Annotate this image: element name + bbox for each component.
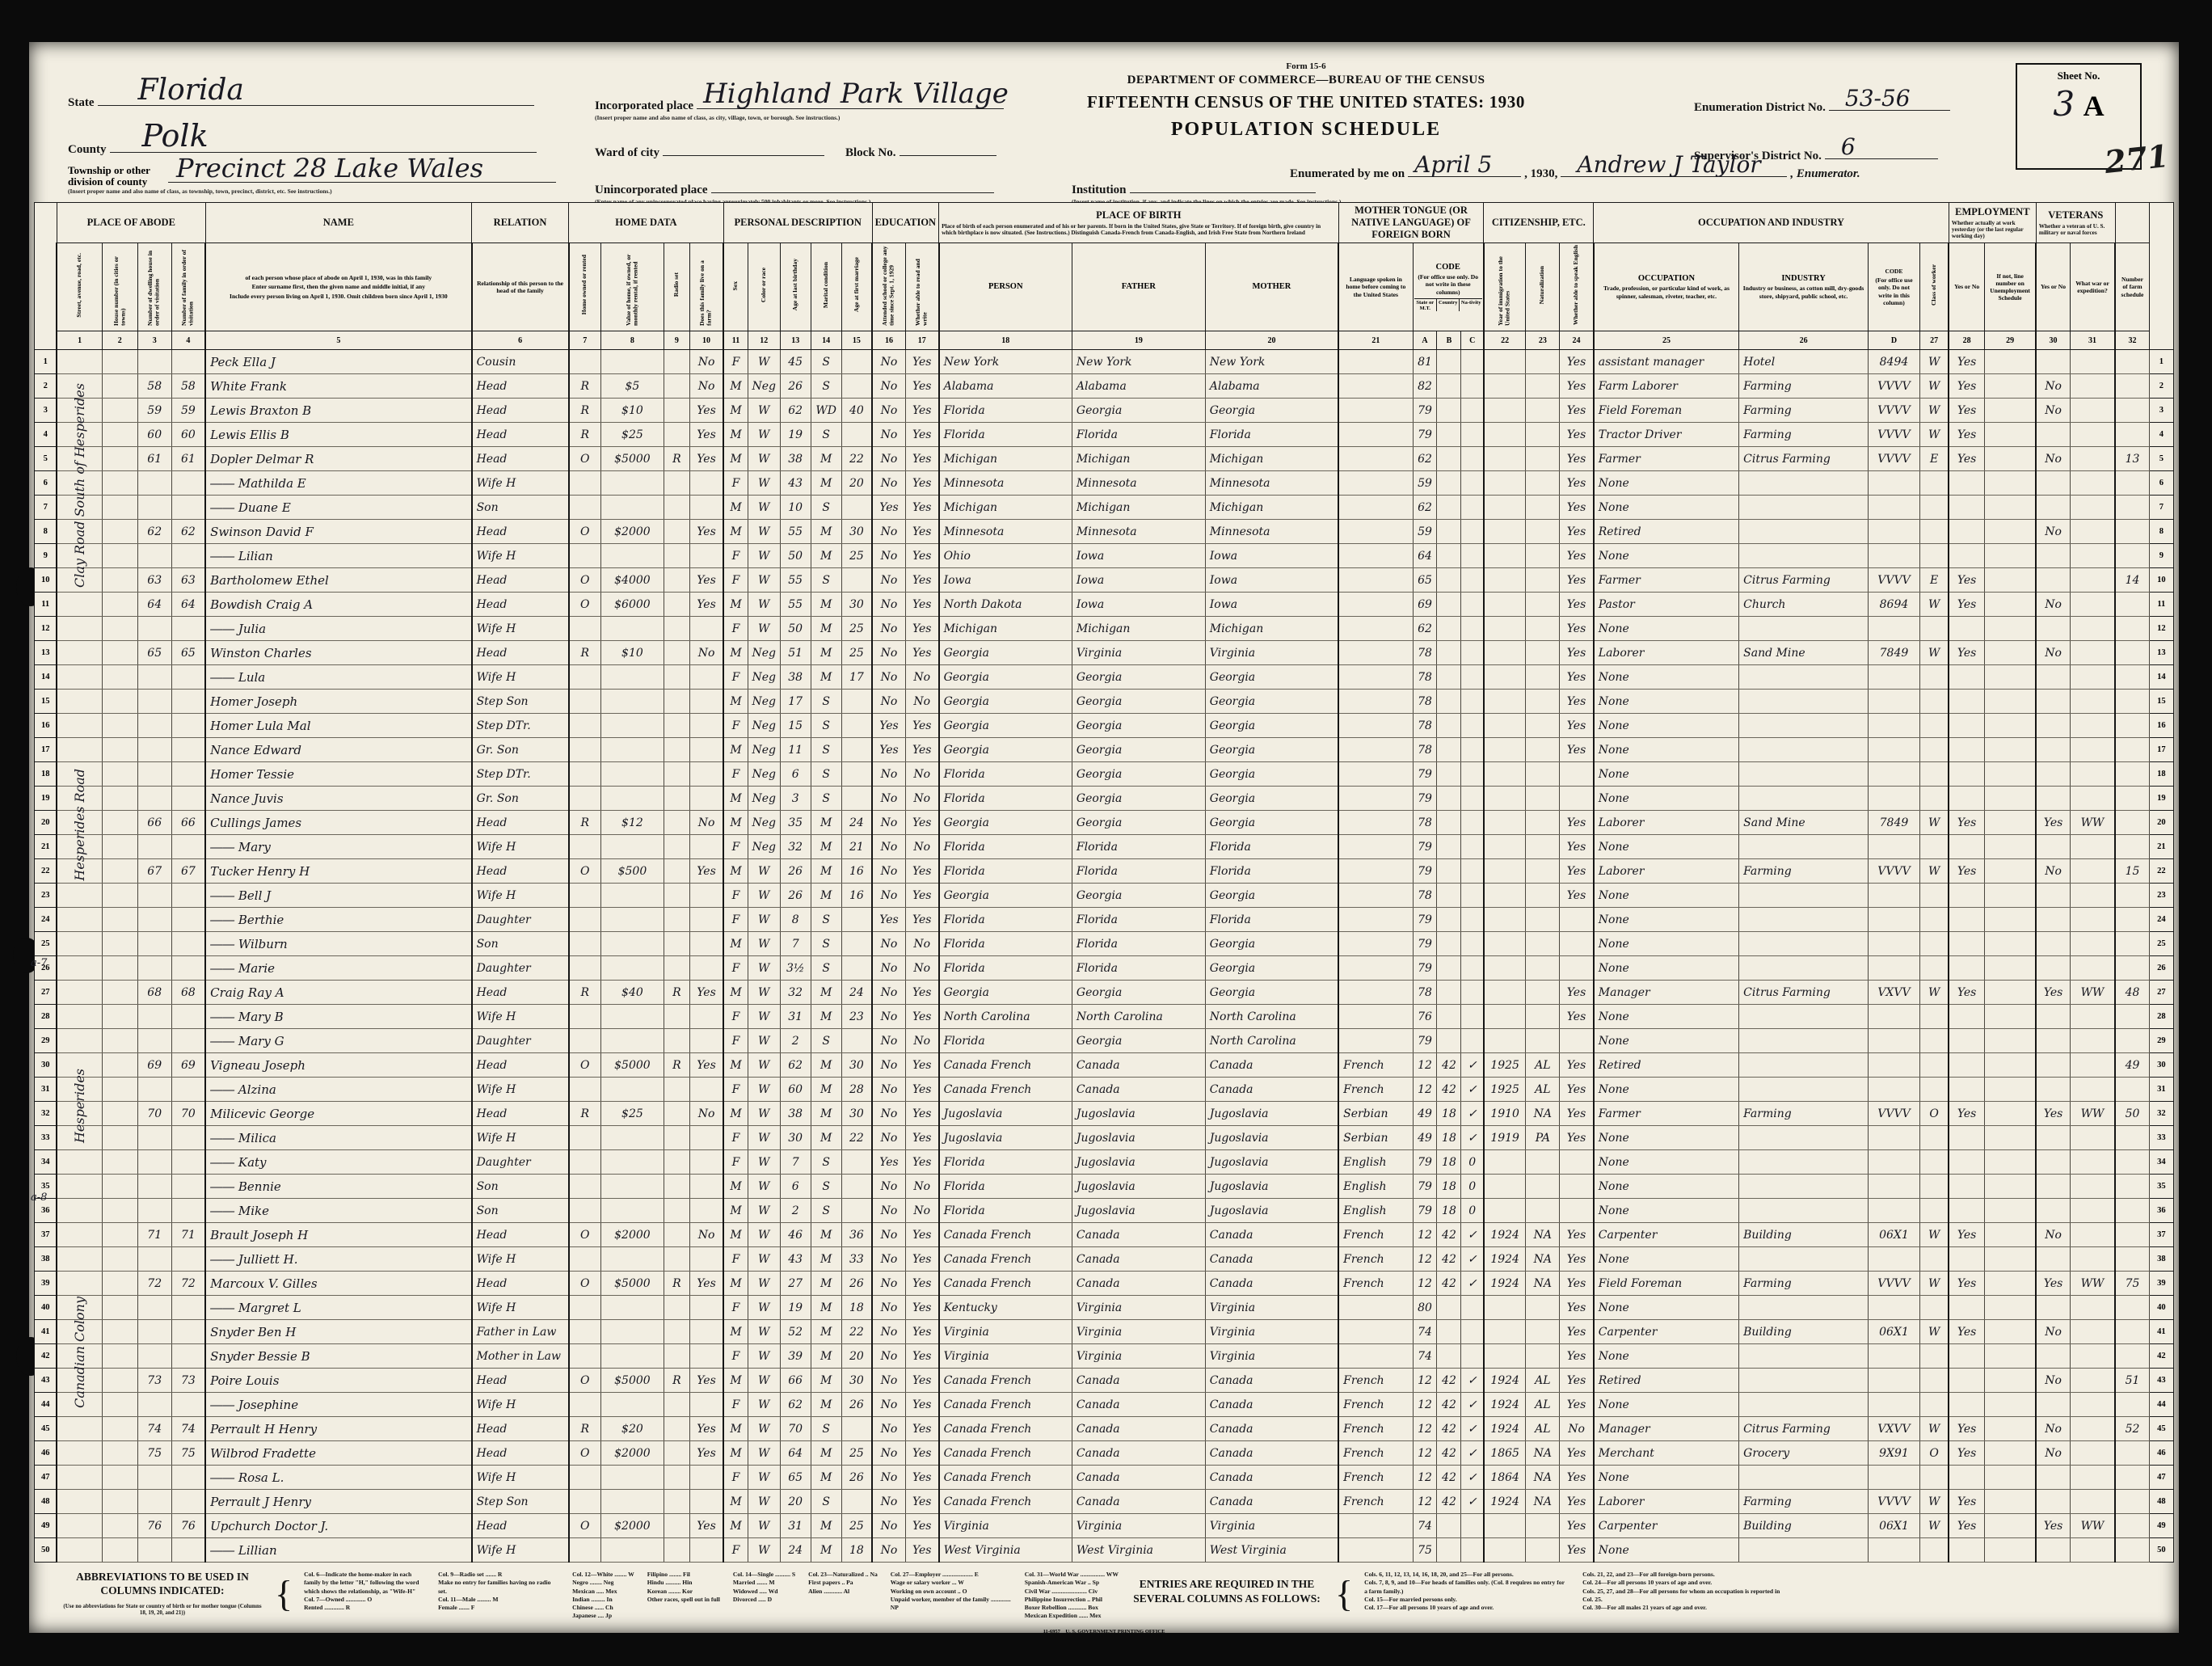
- cell-u29: [1984, 1296, 2036, 1320]
- cell-rel: Head: [472, 811, 569, 835]
- cell-house: [102, 1417, 137, 1441]
- cell-eng: Yes: [1560, 811, 1594, 835]
- cell-w28: Yes: [1949, 1320, 1984, 1344]
- line-number: 18: [2149, 762, 2173, 787]
- cell-mar: S: [811, 1199, 841, 1223]
- cell-cD: VVVV: [1869, 447, 1920, 471]
- legend-block: Col. 9—Radio set ....... RMake no entry …: [438, 1571, 559, 1621]
- cell-u29: [1984, 908, 2036, 932]
- cell-cB: [1437, 447, 1461, 471]
- cell-v30: [2036, 956, 2070, 981]
- cell-cD: [1869, 1344, 1920, 1369]
- cell-rel: Son: [472, 932, 569, 956]
- cell-name: Wilbrod Fradette: [205, 1441, 471, 1466]
- col-number: 26: [1739, 331, 1869, 350]
- cell-own: [569, 1320, 601, 1344]
- cell-cA: 78: [1413, 811, 1437, 835]
- cell-farm: Yes: [689, 859, 723, 884]
- cell-cA: 12: [1413, 1053, 1437, 1078]
- cell-agem: 24: [841, 981, 872, 1005]
- legend-line: Col. 14—Single .......... S: [733, 1571, 795, 1579]
- cell-pobm: Georgia: [1205, 956, 1338, 981]
- cell-eng: Yes: [1560, 544, 1594, 568]
- cell-cA: 12: [1413, 1441, 1437, 1466]
- cell-natz: PA: [1526, 1126, 1560, 1150]
- cell-pobm: Georgia: [1205, 932, 1338, 956]
- cell-imm: [1484, 374, 1526, 399]
- block-label: Block No.: [845, 146, 896, 159]
- cell-read: Yes: [905, 374, 938, 399]
- line-number: 37: [2149, 1223, 2173, 1247]
- cell-age: 17: [780, 690, 811, 714]
- cell-street: [57, 1320, 102, 1344]
- cell-radio: R: [664, 1053, 689, 1078]
- cell-family: 66: [171, 811, 205, 835]
- entries-line: Col. 17—For all persons 10 years of age …: [1364, 1604, 1566, 1612]
- cell-age: 55: [780, 568, 811, 593]
- cell-v30: No: [2036, 1369, 2070, 1393]
- cell-pob: Georgia: [939, 738, 1072, 762]
- cell-school: No: [872, 690, 905, 714]
- cell-rel: Son: [472, 1199, 569, 1223]
- cell-cB: [1437, 568, 1461, 593]
- cell-ind: [1739, 714, 1869, 738]
- cell-cD: VVVV: [1869, 423, 1920, 447]
- cell-farm: Yes: [689, 1514, 723, 1538]
- cell-cD: [1869, 714, 1920, 738]
- cell-eng: Yes: [1560, 1514, 1594, 1538]
- cell-farm: [689, 1320, 723, 1344]
- cell-farm: [689, 496, 723, 520]
- legend-title: ABBREVIATIONS TO BE USED IN COLUMNS INDI…: [61, 1571, 263, 1598]
- cell-read: Yes: [905, 1296, 938, 1320]
- cell-ind: [1739, 1199, 1869, 1223]
- table-row: 29―― Mary GDaughterFW2SNoNoFloridaGeorgi…: [35, 1029, 2174, 1053]
- cell-w28: Yes: [1949, 399, 1984, 423]
- entries-column: Cols. 6, 11, 12, 13, 14, 16, 18, 20, and…: [1364, 1571, 1566, 1612]
- cell-war: [2070, 1320, 2115, 1344]
- cell-read: No: [905, 690, 938, 714]
- cell-mar: M: [811, 593, 841, 617]
- table-row: 397272Marcoux V. GillesHeadO$5000RYesMW2…: [35, 1272, 2174, 1296]
- cell-family: [171, 884, 205, 908]
- cell-sex: M: [723, 981, 748, 1005]
- cell-cC: 0: [1461, 1150, 1484, 1175]
- cell-dwell: 65: [137, 641, 171, 665]
- cell-house: [102, 423, 137, 447]
- cell-name: ―― Milica: [205, 1126, 471, 1150]
- cell-name: Perrault J Henry: [205, 1490, 471, 1514]
- cell-mar: M: [811, 884, 841, 908]
- cell-u29: [1984, 617, 2036, 641]
- cell-age: 51: [780, 641, 811, 665]
- cell-sex: F: [723, 1393, 748, 1417]
- cell-agem: 28: [841, 1078, 872, 1102]
- cell-ind: [1739, 1369, 1869, 1393]
- legend-line: Filipino ........ Fil: [647, 1571, 720, 1579]
- cell-cD: [1869, 1466, 1920, 1490]
- cell-radio: [664, 1175, 689, 1199]
- cell-imm: 1924: [1484, 1417, 1526, 1441]
- cell-street: [57, 762, 102, 787]
- cell-imm: [1484, 884, 1526, 908]
- cell-color: W: [748, 1417, 780, 1441]
- cell-u29: [1984, 423, 2036, 447]
- cell-pob: Florida: [939, 835, 1072, 859]
- cell-cA: 62: [1413, 447, 1437, 471]
- cell-school: No: [872, 787, 905, 811]
- cell-color: W: [748, 1078, 780, 1102]
- cell-cA: 74: [1413, 1320, 1437, 1344]
- cell-u29: [1984, 1490, 2036, 1514]
- cell-house: [102, 544, 137, 568]
- cell-fs: [2115, 520, 2149, 544]
- cell-color: Neg: [748, 738, 780, 762]
- schedule-title: POPULATION SCHEDULE: [1055, 119, 1557, 141]
- cell-name: Vigneau Joseph: [205, 1053, 471, 1078]
- cell-dwell: 71: [137, 1223, 171, 1247]
- cell-own: [569, 1150, 601, 1175]
- cell-school: No: [872, 1199, 905, 1223]
- cell-cB: [1437, 884, 1461, 908]
- cell-dwell: [137, 1247, 171, 1272]
- cell-tongue: [1338, 762, 1413, 787]
- cell-pob: Canada French: [939, 1272, 1072, 1296]
- cell-radio: [664, 1441, 689, 1466]
- cell-cC: ✓: [1461, 1417, 1484, 1441]
- cell-tongue: [1338, 690, 1413, 714]
- col-header-house: House number (in cities or towns): [102, 243, 137, 331]
- cell-school: Yes: [872, 738, 905, 762]
- cell-sex: M: [723, 1320, 748, 1344]
- cell-occ: None: [1594, 544, 1739, 568]
- cell-w28: [1949, 496, 1984, 520]
- cell-val: [600, 1247, 664, 1272]
- cell-radio: [664, 641, 689, 665]
- cell-w28: [1949, 1053, 1984, 1078]
- cell-school: No: [872, 447, 905, 471]
- cell-color: W: [748, 1175, 780, 1199]
- cell-family: [171, 1199, 205, 1223]
- legend-block: Col. 27—Employer .................... EW…: [891, 1571, 1012, 1621]
- cell-fs: [2115, 1199, 2149, 1223]
- cell-pob: Michigan: [939, 617, 1072, 641]
- cell-dwell: [137, 762, 171, 787]
- cell-cB: [1437, 374, 1461, 399]
- state-label: State: [68, 96, 95, 109]
- cell-school: No: [872, 544, 905, 568]
- cell-cA: 12: [1413, 1247, 1437, 1272]
- cell-imm: 1924: [1484, 1369, 1526, 1393]
- cell-imm: [1484, 665, 1526, 690]
- cell-natz: [1526, 1320, 1560, 1344]
- cell-cls: W: [1919, 1272, 1949, 1296]
- cell-eng: Yes: [1560, 884, 1594, 908]
- cell-fs: [2115, 1175, 2149, 1199]
- cell-u29: [1984, 1344, 2036, 1369]
- cell-dwell: 75: [137, 1441, 171, 1466]
- cell-eng: Yes: [1560, 1102, 1594, 1126]
- cell-school: No: [872, 1005, 905, 1029]
- cell-name: Upchurch Doctor J.: [205, 1514, 471, 1538]
- cell-u29: [1984, 374, 2036, 399]
- cell-family: [171, 1029, 205, 1053]
- cell-school: No: [872, 617, 905, 641]
- table-row: 42Snyder Bessie BMother in LawFW39M20NoY…: [35, 1344, 2174, 1369]
- cell-ind: [1739, 1466, 1869, 1490]
- col-header-val: Value of home, if owned, or monthly rent…: [600, 243, 664, 331]
- cell-imm: [1484, 447, 1526, 471]
- cell-age: 19: [780, 423, 811, 447]
- cell-w28: [1949, 1005, 1984, 1029]
- cell-read: Yes: [905, 423, 938, 447]
- cell-cA: 62: [1413, 496, 1437, 520]
- cell-color: W: [748, 981, 780, 1005]
- cell-cA: 78: [1413, 738, 1437, 762]
- cell-house: [102, 665, 137, 690]
- legend-line: Japanese .... Jp: [572, 1612, 634, 1620]
- cell-occ: Pastor: [1594, 593, 1739, 617]
- cell-cD: [1869, 1029, 1920, 1053]
- cell-agem: 21: [841, 835, 872, 859]
- cell-family: [171, 690, 205, 714]
- cell-fs: [2115, 762, 2149, 787]
- cell-cD: 8494: [1869, 350, 1920, 374]
- cell-occ: None: [1594, 617, 1739, 641]
- cell-farm: [689, 1078, 723, 1102]
- cell-war: [2070, 1175, 2115, 1199]
- cell-w28: [1949, 690, 1984, 714]
- cell-val: [600, 1466, 664, 1490]
- cell-w28: Yes: [1949, 593, 1984, 617]
- cell-school: No: [872, 641, 905, 665]
- cell-agem: [841, 350, 872, 374]
- table-row: 40―― Margret LWife HFW19M18NoYesKentucky…: [35, 1296, 2174, 1320]
- cell-mar: S: [811, 690, 841, 714]
- cell-school: No: [872, 423, 905, 447]
- col-header-pob: PERSON: [939, 243, 1072, 331]
- col-header-war: What war or expedition?: [2070, 243, 2115, 331]
- cell-val: [600, 1296, 664, 1320]
- cell-dwell: [137, 1490, 171, 1514]
- cell-cls: [1919, 1150, 1949, 1175]
- cell-name: Perrault H Henry: [205, 1417, 471, 1441]
- cell-sex: F: [723, 568, 748, 593]
- cell-occ: None: [1594, 471, 1739, 496]
- cell-war: [2070, 1466, 2115, 1490]
- cell-radio: [664, 374, 689, 399]
- cell-dwell: 73: [137, 1369, 171, 1393]
- unincorporated-label: Unincorporated place: [595, 183, 708, 196]
- cell-cB: 42: [1437, 1247, 1461, 1272]
- cell-eng: Yes: [1560, 1126, 1594, 1150]
- cell-dwell: [137, 350, 171, 374]
- cell-pob: Canada French: [939, 1466, 1072, 1490]
- legend-line: Civil War ....................... Civ: [1025, 1588, 1119, 1596]
- cell-occ: Laborer: [1594, 1490, 1739, 1514]
- legend-line: Working on own account .. O: [891, 1588, 1012, 1596]
- cell-u29: [1984, 1538, 2036, 1563]
- cell-dwell: [137, 1538, 171, 1563]
- line-number: 1: [2149, 350, 2173, 374]
- cell-eng: Yes: [1560, 1053, 1594, 1078]
- cell-name: Lewis Ellis B: [205, 423, 471, 447]
- cell-read: Yes: [905, 350, 938, 374]
- cell-ind: [1739, 762, 1869, 787]
- cell-agem: 20: [841, 471, 872, 496]
- line-number: 12: [35, 617, 57, 641]
- cell-imm: [1484, 471, 1526, 496]
- cell-read: No: [905, 932, 938, 956]
- cell-family: [171, 1247, 205, 1272]
- cell-pobf: Canada: [1072, 1369, 1205, 1393]
- cell-pob: Ohio: [939, 544, 1072, 568]
- cell-street: [57, 690, 102, 714]
- cell-pobm: Georgia: [1205, 787, 1338, 811]
- cell-cls: E: [1919, 568, 1949, 593]
- line-number: 25: [35, 932, 57, 956]
- cell-natz: [1526, 350, 1560, 374]
- cell-imm: [1484, 1175, 1526, 1199]
- cell-color: Neg: [748, 762, 780, 787]
- cell-read: Yes: [905, 496, 938, 520]
- cell-v30: [2036, 568, 2070, 593]
- legend-line: Female ....... F: [438, 1604, 559, 1612]
- cell-cB: [1437, 859, 1461, 884]
- cell-rel: Wife H: [472, 665, 569, 690]
- cell-v30: No: [2036, 1320, 2070, 1344]
- cell-age: 6: [780, 762, 811, 787]
- line-number: 33: [2149, 1126, 2173, 1150]
- cell-imm: [1484, 1344, 1526, 1369]
- cell-pobf: Virginia: [1072, 1344, 1205, 1369]
- cell-tongue: [1338, 835, 1413, 859]
- cell-fs: [2115, 1514, 2149, 1538]
- cell-war: [2070, 956, 2115, 981]
- cell-street: [57, 1296, 102, 1320]
- line-number: 37: [35, 1223, 57, 1247]
- cell-family: [171, 908, 205, 932]
- cell-age: 65: [780, 1466, 811, 1490]
- cell-own: O: [569, 447, 601, 471]
- cell-pobf: West Virginia: [1072, 1538, 1205, 1563]
- cell-cls: [1919, 1029, 1949, 1053]
- cell-read: Yes: [905, 811, 938, 835]
- cell-pobf: Canada: [1072, 1247, 1205, 1272]
- cell-mar: S: [811, 374, 841, 399]
- cell-pob: Florida: [939, 399, 1072, 423]
- cell-cB: 18: [1437, 1199, 1461, 1223]
- col-header-ind: INDUSTRYIndustry or business, as cotton …: [1739, 243, 1869, 331]
- line-number: 20: [35, 811, 57, 835]
- cell-pobf: Georgia: [1072, 665, 1205, 690]
- cell-street: [57, 447, 102, 471]
- cell-pobf: Minnesota: [1072, 520, 1205, 544]
- cell-w28: Yes: [1949, 859, 1984, 884]
- cell-radio: [664, 1199, 689, 1223]
- cell-name: ―― Berthie: [205, 908, 471, 932]
- col-header-color: Color or race: [748, 243, 780, 331]
- cell-val: [600, 1199, 664, 1223]
- cell-ind: Building: [1739, 1320, 1869, 1344]
- cell-cD: [1869, 1053, 1920, 1078]
- col-number: 21: [1338, 331, 1413, 350]
- cell-read: No: [905, 1175, 938, 1199]
- cell-family: [171, 738, 205, 762]
- cell-mar: M: [811, 617, 841, 641]
- cell-agem: 40: [841, 399, 872, 423]
- cell-farm: Yes: [689, 423, 723, 447]
- line-number: 47: [35, 1466, 57, 1490]
- table-row: 17Nance EdwardGr. SonMNeg11SYesYesGeorgi…: [35, 738, 2174, 762]
- cell-ind: [1739, 1029, 1869, 1053]
- cell-val: $4000: [600, 568, 664, 593]
- cell-eng: Yes: [1560, 1320, 1594, 1344]
- cell-read: Yes: [905, 641, 938, 665]
- line-number: 3: [2149, 399, 2173, 423]
- cell-ind: Building: [1739, 1514, 1869, 1538]
- table-row: 276868Craig Ray AHeadR$40RYesMW32M24NoYe…: [35, 981, 2174, 1005]
- cell-v30: [2036, 496, 2070, 520]
- cell-cD: [1869, 496, 1920, 520]
- cell-rel: Gr. Son: [472, 787, 569, 811]
- cell-natz: [1526, 1005, 1560, 1029]
- cell-own: [569, 884, 601, 908]
- col-header-natz: Naturalization: [1526, 243, 1560, 331]
- col-header-w28: Yes or No: [1949, 243, 1984, 331]
- cell-cls: [1919, 1538, 1949, 1563]
- cell-cA: 79: [1413, 835, 1437, 859]
- line-number: 11: [2149, 593, 2173, 617]
- cell-natz: [1526, 787, 1560, 811]
- cell-pobm: Iowa: [1205, 568, 1338, 593]
- cell-agem: 25: [841, 544, 872, 568]
- cell-cls: [1919, 471, 1949, 496]
- legend-brace: {: [275, 1572, 293, 1615]
- cell-street: [57, 1126, 102, 1150]
- cell-farm: No: [689, 350, 723, 374]
- cell-eng: Yes: [1560, 496, 1594, 520]
- cell-cls: [1919, 884, 1949, 908]
- cell-own: [569, 1466, 601, 1490]
- cell-name: Peck Ella J: [205, 350, 471, 374]
- cell-name: Nance Edward: [205, 738, 471, 762]
- cell-agem: [841, 1490, 872, 1514]
- cell-fs: [2115, 496, 2149, 520]
- cell-occ: None: [1594, 1005, 1739, 1029]
- cell-own: O: [569, 859, 601, 884]
- col-number: 13: [780, 331, 811, 350]
- cell-cls: [1919, 1126, 1949, 1150]
- cell-cA: 59: [1413, 520, 1437, 544]
- cell-pobm: Minnesota: [1205, 520, 1338, 544]
- cell-mar: S: [811, 496, 841, 520]
- cell-fs: [2115, 1538, 2149, 1563]
- cell-color: Neg: [748, 690, 780, 714]
- cell-ind: Citrus Farming: [1739, 981, 1869, 1005]
- line-number: 26: [35, 956, 57, 981]
- group-header: CITIZENSHIP, ETC.: [1484, 203, 1594, 243]
- cell-radio: [664, 908, 689, 932]
- cell-fs: [2115, 665, 2149, 690]
- cell-u29: [1984, 471, 2036, 496]
- cell-tongue: French: [1338, 1441, 1413, 1466]
- cell-war: [2070, 1296, 2115, 1320]
- line-number: 36: [35, 1199, 57, 1223]
- cell-val: $2000: [600, 1441, 664, 1466]
- cell-farm: [689, 1199, 723, 1223]
- cell-own: [569, 1029, 601, 1053]
